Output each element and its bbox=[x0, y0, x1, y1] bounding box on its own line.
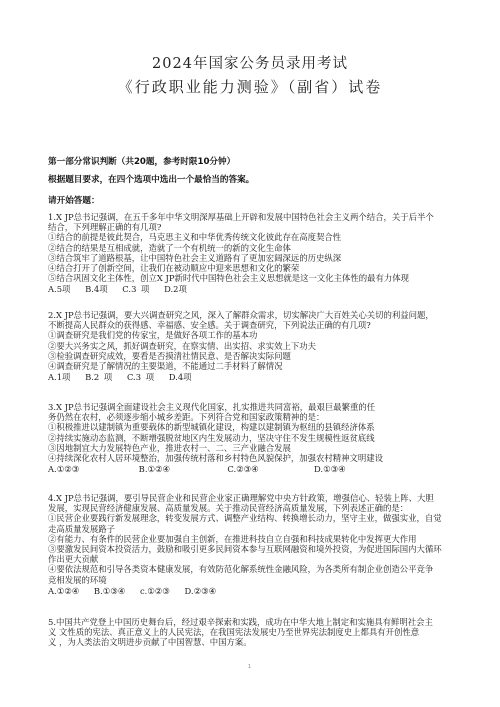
start-prompt: 请开始答题： bbox=[48, 194, 100, 206]
question-statement: ③结合筑牢了道路根基，让中国特色社会主义道路有了更加宏阔深远的历史纵深 bbox=[48, 253, 468, 263]
answer-options: A.1项 B.2 项 C.3 项 D.4项 bbox=[48, 372, 468, 382]
question-statement: ①积极推进以建制镇为重要载体的新型城镇化建设，构建以建制镇为枢纽的县镇经济体系 bbox=[48, 422, 468, 432]
question-stem: 2.X JP总书记强调，要大兴调查研究之风，深入了解群众需求，切实解决广大百姓关… bbox=[48, 310, 468, 320]
question-statement: ④要依法规范和引导各类资本健康发展，有效防范化解系统性金融风险，为各类所有制企业… bbox=[48, 564, 468, 574]
question-stem: 结合，下列理解正确的有几项? bbox=[48, 222, 468, 232]
section-instruction: 根据题目要求，在四个选项中选出一个最恰当的答案。 bbox=[48, 173, 254, 185]
option-b[interactable]: B.①③④ bbox=[94, 586, 125, 596]
page-number: 1 bbox=[248, 664, 251, 670]
question-stem: 义 文性质的宪法、真正意义上的人民宪法，在我国宪法发展史乃至世界宪法制度史上都具… bbox=[48, 627, 468, 637]
question-stem: 发展，实现民营经济健康发展、高质量发展。关于推动民营经济高质量发展，下列表述正确… bbox=[48, 503, 468, 513]
question-1: 1.X JP总书记强调，在五千多年中华文明深厚基础上开辟和发展中国特色社会主义两… bbox=[48, 212, 468, 295]
question-statement: ②结合的结果是互相成就，造就了一个有机统一的新的文化生命体 bbox=[48, 243, 468, 253]
exam-title: 2024年国家公务员录用考试 bbox=[0, 52, 500, 73]
option-d[interactable]: D.4项 bbox=[169, 372, 192, 382]
option-d[interactable]: D.②③④ bbox=[185, 586, 217, 596]
option-a[interactable]: A.1项 bbox=[48, 372, 70, 382]
question-2: 2.X JP总书记强调，要大兴调查研究之风，深入了解群众需求，切实解决广大百姓关… bbox=[48, 310, 468, 382]
question-5: 5.中国共产党登上中国历史舞台后，经过艰辛探索和实践，成功在中华大地上制定和实施… bbox=[48, 617, 468, 648]
question-4: 4.X JP总书记强调，要引导民营企业和民营企业家正确理解党中央方针政策，增强信… bbox=[48, 493, 468, 596]
question-statement: 竞相发展的环境 bbox=[48, 575, 468, 585]
question-statement: ④持续深化农村人居环境整治，加强传统村落和乡村特色风貌保护，加强农村精神文明建设 bbox=[48, 453, 468, 463]
option-b[interactable]: B.①②④ bbox=[139, 464, 223, 474]
option-b[interactable]: B.2 项 bbox=[85, 372, 112, 382]
question-statement: 作出更大贡献 bbox=[48, 554, 468, 564]
question-statement: ④结合打开了创新空间，让我们在被动顺应中迎来思想和文化的繁荣 bbox=[48, 263, 468, 273]
question-statement: ⑤结合巩固文化主体性，创立X JP新时代中国特色社会主义思想就是这一文化主体性的… bbox=[48, 273, 468, 283]
option-d[interactable]: D.2项 bbox=[164, 284, 187, 294]
exam-page: 2024年国家公务员录用考试 《行政职业能力测验》（副省）试卷 第一部分常识判断… bbox=[0, 0, 500, 707]
option-c[interactable]: C.3 项 bbox=[122, 284, 149, 294]
question-stem: 1.X JP总书记强调，在五千多年中华文明深厚基础上开辟和发展中国特色社会主义两… bbox=[48, 212, 468, 222]
question-statement: ③检验调查研究成效，要看是否摸清社情民意、是否解决实际问题 bbox=[48, 351, 468, 361]
question-statement: ④调查研究是了解情况的主要渠道，不能通过二手材料了解情况 bbox=[48, 361, 468, 371]
option-c[interactable]: c.①②③ bbox=[140, 586, 170, 596]
option-c[interactable]: C.3 项 bbox=[127, 372, 154, 382]
question-3: 3.X JP总书记强调全面建设社会主义现代化国家，扎实推进共同富裕，最艰巨最繁重… bbox=[48, 402, 468, 474]
question-stem: 4.X JP总书记强调，要引导民营企业和民营企业家正确理解党中央方针政策，增强信… bbox=[48, 493, 468, 503]
option-b[interactable]: B.4项 bbox=[85, 284, 108, 294]
question-stem: 5.中国共产党登上中国历史舞台后，经过艰辛探索和实践，成功在中华大地上制定和实施… bbox=[48, 617, 468, 627]
question-statement: ③因地制宜大力发展特色产业，推进农村一、二、三产业融合发展 bbox=[48, 443, 468, 453]
question-statement: ③要激发民间资本投资活力，鼓励和吸引更多民间资本参与互联网融资和境外投资，为促进… bbox=[48, 544, 468, 554]
question-stem: 义 ，为人类法治文明进步贡献了中国智慧、中国方案。 bbox=[48, 637, 468, 647]
question-stem: 不断提高人民群众的获得感、幸福感、安全感。关于调查研究，下列说法正确的有几项? bbox=[48, 320, 468, 330]
option-c[interactable]: C.②③④ bbox=[227, 464, 309, 474]
question-statement: ①结合的前提是彼此契合，马克思主义和中华优秀传统文化彼此存在高度契合性 bbox=[48, 232, 468, 242]
question-statement: ①民营企业要践行新发展理念，转变发展方式、调整产业结构、转换增长动力，坚守主业，… bbox=[48, 513, 468, 523]
question-statement: ②持续实施动态监测，不断增强脱贫地区内生发展动力，坚决守住不发生规模性返贫底线 bbox=[48, 433, 468, 443]
question-statement: ②有能力、有条件的民营企业要加强自主创新，在推进科技自立自强和科技成果转化中发挥… bbox=[48, 534, 468, 544]
question-stem: 3.X JP总书记强调全面建设社会主义现代化国家，扎实推进共同富裕，最艰巨最繁重… bbox=[48, 402, 468, 412]
exam-subtitle: 《行政职业能力测验》（副省）试卷 bbox=[0, 76, 500, 97]
option-d[interactable]: D.①③④ bbox=[314, 464, 346, 474]
answer-options: A.5项 B.4项 C.3 项 D.2项 bbox=[48, 284, 468, 294]
question-statement: 走高质量发展路子 bbox=[48, 524, 468, 534]
section-heading: 第一部分常识判断（共20题，参考时限10分钟） bbox=[48, 155, 235, 167]
option-a[interactable]: A.①②④ bbox=[48, 586, 79, 596]
question-statement: ①调查研究是我们党的传家宝，是做好各项工作的基本功 bbox=[48, 330, 468, 340]
question-statement: ②要大兴务实之风，抓好调查研究，在察实情、出实招、求实效上下功夫 bbox=[48, 341, 468, 351]
question-stem: 务仍然在农村，必须逐步缩小城乡差距。下列符合党和国家政策精神的是： bbox=[48, 412, 468, 422]
option-a[interactable]: A.①②③ bbox=[48, 464, 134, 474]
option-a[interactable]: A.5项 bbox=[48, 284, 70, 294]
answer-options: A.①②③ B.①②④ C.②③④ D.①③④ bbox=[48, 464, 468, 474]
answer-options: A.①②④ B.①③④ c.①②③ D.②③④ bbox=[48, 586, 468, 596]
